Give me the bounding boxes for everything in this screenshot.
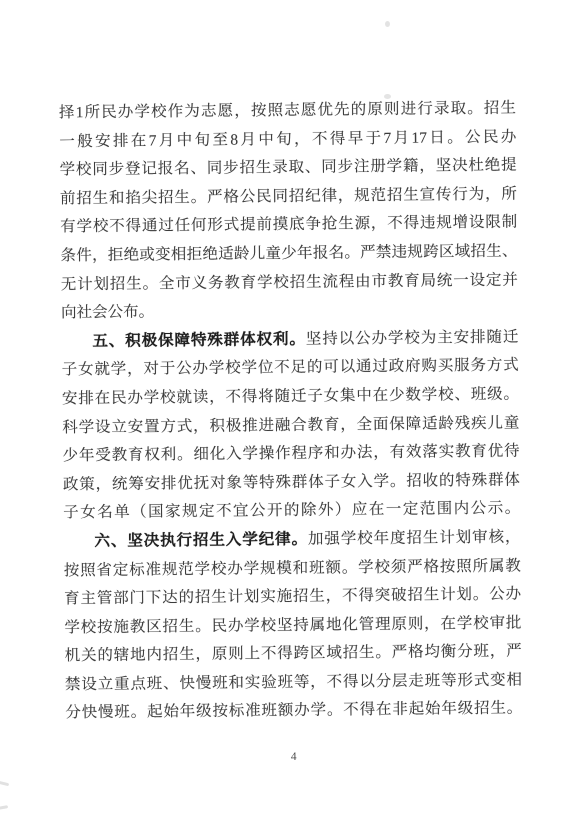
text-line: 无计划招生。全市义务教育学校招生流程由市教育局统一设定并 xyxy=(61,266,518,299)
scan-edge-mark-icon xyxy=(0,781,9,787)
text-line: 子女名单（国家规定不宜公开的除外）应在一定范围内公示。 xyxy=(63,495,520,528)
body-text: 少年受教育权利。细化入学操作程序和办法，有效落实教育优待 xyxy=(63,443,520,465)
body-text: 安排在民办学校就读，不得将随迁子女集中在少数学校、班级。 xyxy=(62,386,519,408)
text-line: 安排在民办学校就读，不得将随迁子女集中在少数学校、班级。 xyxy=(62,381,519,414)
body-text: 条件，拒绝或变相拒绝适龄儿童少年报名。严禁违规跨区域招生、 xyxy=(60,243,517,265)
body-text: 禁设立重点班、快慢班和实验班等，不得以分层走班等形式变相 xyxy=(65,671,522,693)
body-text: 加强学校年度招生计划审核， xyxy=(308,529,521,548)
scanned-document-page: 择1所民办学校作为志愿，按照志愿优先的原则进行录取。招生一般安排在7月中旬至8月… xyxy=(0,0,580,819)
body-text: 子女名单（国家规定不宜公开的除外）应在一定范围内公示。 xyxy=(63,500,520,522)
document-content: 择1所民办学校作为志愿，按照志愿优先的原则进行录取。招生一般安排在7月中旬至8月… xyxy=(59,95,523,766)
body-text: 一般安排在7月中旬至8月中旬，不得早于7月17日。公民办 xyxy=(59,128,516,150)
text-block: 择1所民办学校作为志愿，按照志愿优先的原则进行录取。招生一般安排在7月中旬至8月… xyxy=(59,95,523,729)
body-text: 机关的辖地内招生，原则上不得跨区域招生。严格均衡分班，严 xyxy=(65,643,522,665)
body-text: 育主管部门下达的招生计划实施招生，不得突破招生计划。公办 xyxy=(64,586,521,608)
text-line: 育主管部门下达的招生计划实施招生，不得突破招生计划。公办 xyxy=(64,581,521,614)
body-text: 择1所民办学校作为志愿，按照志愿优先的原则进行录取。招生 xyxy=(59,100,516,122)
body-text: 科学设立安置方式，积极推进融合教育，全面保障适龄残疾儿童 xyxy=(62,414,519,436)
body-text: 无计划招生。全市义务教育学校招生流程由市教育局统一设定并 xyxy=(61,271,518,293)
text-line: 少年受教育权利。细化入学操作程序和办法，有效落实教育优待 xyxy=(62,438,519,471)
text-line: 择1所民办学校作为志愿，按照志愿优先的原则进行录取。招生 xyxy=(59,95,516,128)
text-line: 分快慢班。起始年级按标准班额办学。不得在非起始年级招生。 xyxy=(65,695,522,728)
text-line: 条件，拒绝或变相拒绝适龄儿童少年报名。严禁违规跨区域招生、 xyxy=(60,238,517,271)
page-number: 4 xyxy=(66,749,523,766)
scan-speck-icon xyxy=(385,21,390,27)
section-heading: 六、坚决执行招生入学纪律。 xyxy=(94,531,308,550)
body-text: 学校同步登记报名、同步招生录取、同步注册学籍，坚决杜绝提 xyxy=(60,157,517,179)
body-text: 学校按施教区招生。民办学校坚持属地化管理原则，在学校审批 xyxy=(64,614,521,636)
body-text: 有学校不得通过任何形式提前摸底争抢生源，不得违规增设限制 xyxy=(60,214,517,236)
body-text: 按照省定标准规范学校办学规模和班额。学校须严格按照所属教 xyxy=(64,557,521,579)
text-line: 六、坚决执行招生入学纪律。加强学校年度招生计划审核， xyxy=(63,524,520,557)
scan-speck-icon xyxy=(384,94,391,99)
body-text: 子女就学，对于公办学校学位不足的可以通过政府购买服务方式 xyxy=(62,357,519,379)
scan-edge-mark-icon xyxy=(0,805,8,810)
text-line: 机关的辖地内招生，原则上不得跨区域招生。严格均衡分班，严 xyxy=(65,638,522,671)
body-text: 分快慢班。起始年级按标准班额办学。不得在非起始年级招生。 xyxy=(65,700,522,722)
section-heading: 五、积极保障特殊群体权利。 xyxy=(92,331,306,350)
body-text: 向社会公布。 xyxy=(61,304,154,322)
text-line: 学校同步登记报名、同步招生录取、同步注册学籍，坚决杜绝提 xyxy=(59,152,516,185)
body-text: 政策，统筹安排优抚对象等特殊群体子女入学。招收的特殊群体 xyxy=(63,471,520,493)
body-text: 坚持以公办学校为主安排随迁 xyxy=(306,328,519,347)
body-text: 前招生和掐尖招生。严格公民同招纪律，规范招生宣传行为，所 xyxy=(60,185,517,207)
